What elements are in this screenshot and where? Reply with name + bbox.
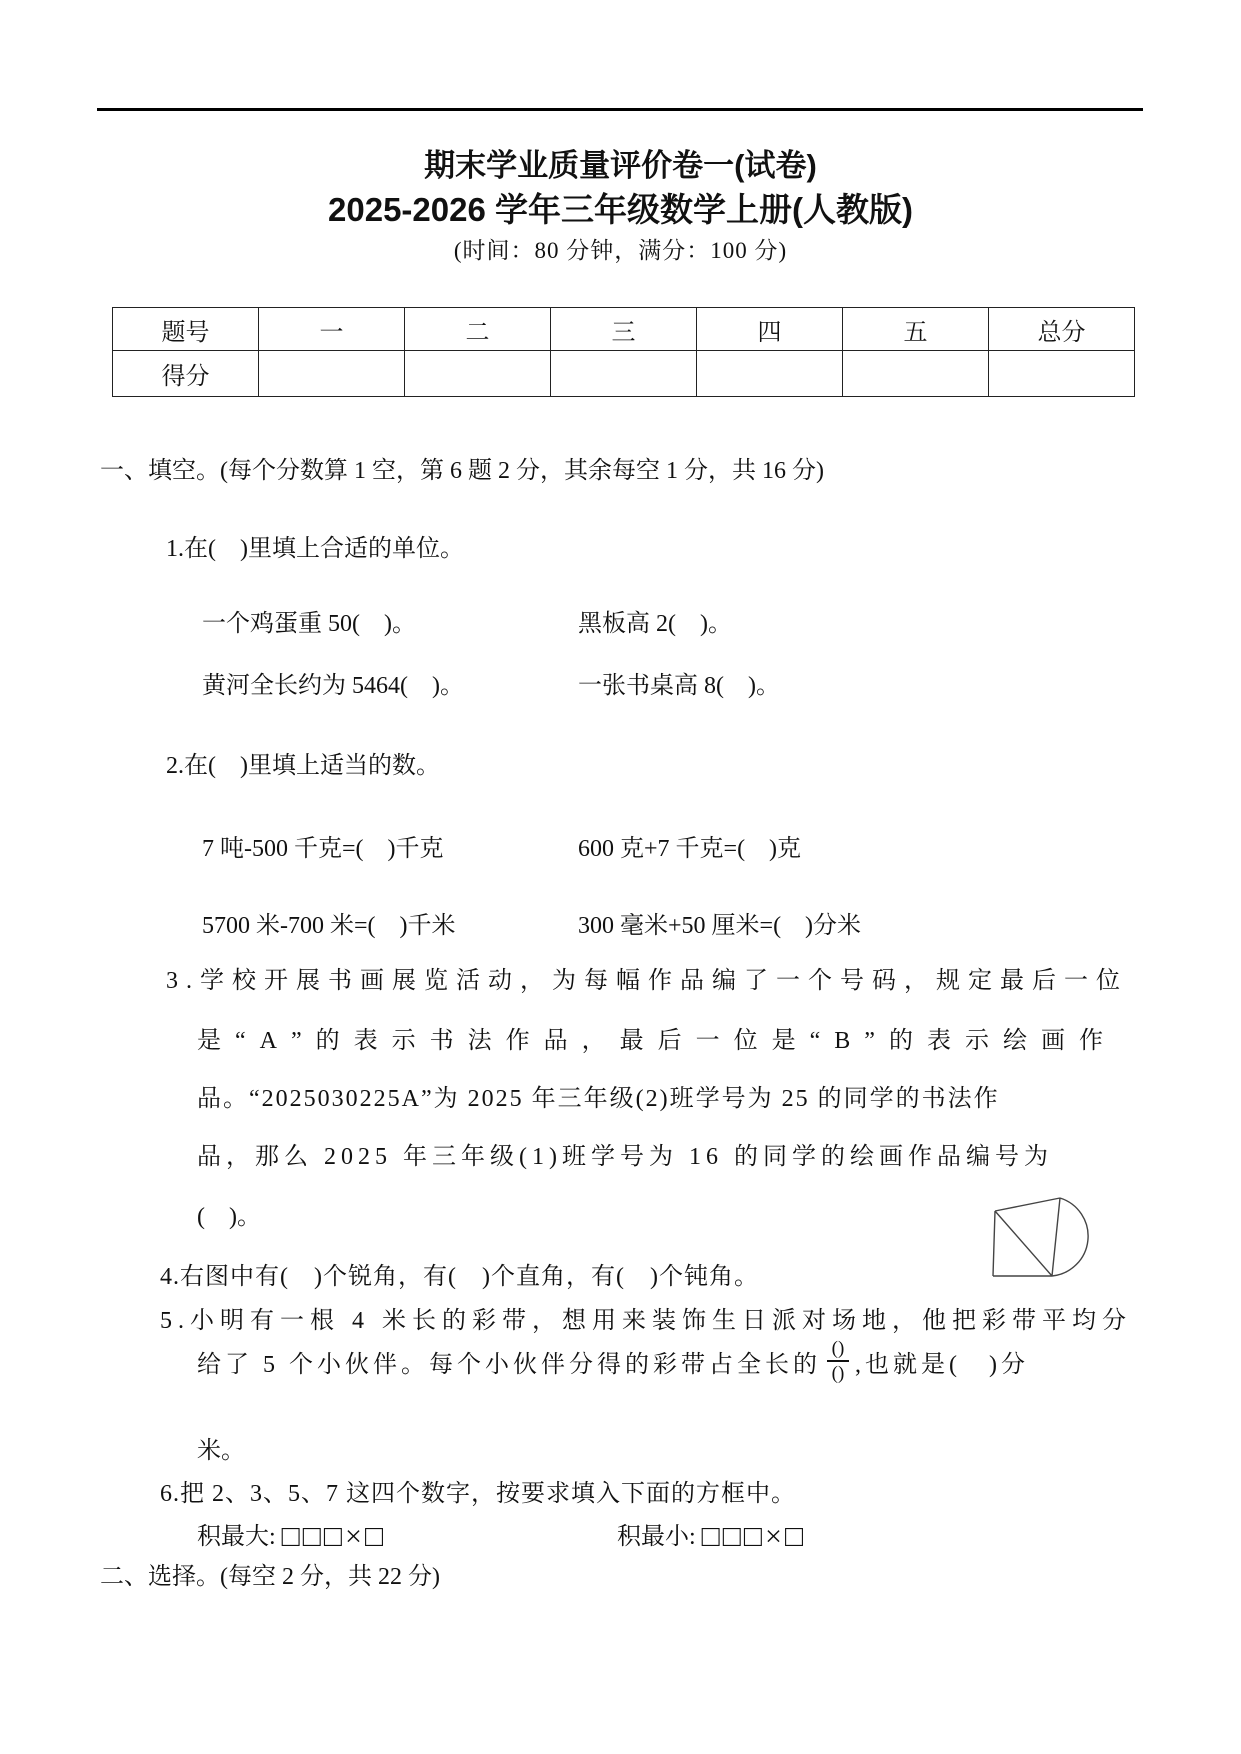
question1-item-b: 黑板高 2( )。 xyxy=(578,603,732,638)
score-cell-empty xyxy=(989,351,1135,397)
max-product-boxes: □□□×□ xyxy=(282,1520,386,1553)
angles-figure xyxy=(990,1194,1102,1290)
score-table-header-cell: 题号 xyxy=(113,308,259,351)
score-cell-empty xyxy=(697,351,843,397)
score-table-header-cell: 五 xyxy=(843,308,989,351)
question2-stem: 2.在( )里填上适当的数。 xyxy=(166,745,440,780)
score-cell-empty xyxy=(551,351,697,397)
max-product-label: 积最大: xyxy=(197,1524,276,1550)
question5-line2-before: 给了 5 个小伙伴。每个小伙伴分得的彩带占全长的 xyxy=(197,1344,821,1379)
min-product-label: 积最小: xyxy=(617,1524,696,1550)
question2-item-d: 300 毫米+50 厘米=( )分米 xyxy=(578,905,861,940)
question2-item-b: 600 克+7 千克=( )克 xyxy=(578,828,801,863)
question4-text: 4.右图中有( )个锐角，有( )个直角，有( )个钝角。 xyxy=(160,1256,759,1291)
question5-line3: 米。 xyxy=(197,1430,245,1465)
score-table-header-cell: 二 xyxy=(405,308,551,351)
score-cell-empty xyxy=(843,351,989,397)
score-cell-empty xyxy=(405,351,551,397)
question5-line2-after: ,也就是( )分 xyxy=(855,1344,1029,1379)
section1-heading: 一、填空。(每个分数算 1 空，第 6 题 2 分，其余每空 1 分，共 16 … xyxy=(100,450,824,485)
question3-line4: 品，那么 2025 年三年级(1)班学号为 16 的同学的绘画作品编号为 xyxy=(197,1136,1053,1171)
question5-line1: 5.小明有一根 4 米长的彩带，想用来装饰生日派对场地，他把彩带平均分 xyxy=(160,1300,1132,1335)
question1-stem: 1.在( )里填上合适的单位。 xyxy=(166,528,464,563)
question1-item-d: 一张书桌高 8( )。 xyxy=(578,665,780,700)
paper-title-line2: 2025-2026 学年三年级数学上册(人教版) xyxy=(0,184,1241,231)
question5-line2: 给了 5 个小伙伴。每个小伙伴分得的彩带占全长的 () () ,也就是( )分 xyxy=(197,1338,1029,1384)
paper-time-score-info: (时间：80 分钟，满分：100 分) xyxy=(0,232,1241,265)
top-rule xyxy=(97,108,1143,111)
min-product-boxes: □□□×□ xyxy=(702,1520,806,1553)
paper-title-line1: 期末学业质量评价卷一(试卷) xyxy=(0,140,1241,185)
question3-line5: ( )。 xyxy=(197,1196,261,1231)
score-cell-empty xyxy=(259,351,405,397)
question6-min-product: 积最小: □□□×□ xyxy=(617,1516,806,1554)
question6-max-product: 积最大: □□□×□ xyxy=(197,1516,386,1554)
fraction-blank: () () xyxy=(827,1338,849,1384)
question1-item-a: 一个鸡蛋重 50( )。 xyxy=(202,603,416,638)
score-table-score-row: 得分 xyxy=(113,351,1135,397)
score-table-header-cell: 一 xyxy=(259,308,405,351)
question2-item-c: 5700 米-700 米=( )千米 xyxy=(202,905,456,940)
fraction-denominator-blank: () xyxy=(830,1363,847,1384)
question3-line3: 品。“2025030225A”为 2025 年三年级(2)班学号为 25 的同学… xyxy=(197,1078,1000,1113)
score-row-label: 得分 xyxy=(113,351,259,397)
question3-line2: 是“A”的表示书法作品，最后一位是“B”的表示绘画作 xyxy=(197,1020,1117,1055)
score-table: 题号 一 二 三 四 五 总分 得分 xyxy=(112,307,1135,397)
exam-paper-page: 期末学业质量评价卷一(试卷) 2025-2026 学年三年级数学上册(人教版) … xyxy=(0,0,1241,1754)
section2-heading: 二、选择。(每空 2 分，共 22 分) xyxy=(100,1556,440,1591)
fraction-bar xyxy=(827,1360,849,1362)
question6-stem: 6.把 2、3、5、7 这四个数字，按要求填入下面的方框中。 xyxy=(160,1473,796,1508)
question1-item-c: 黄河全长约为 5464( )。 xyxy=(202,665,464,700)
question3-line1: 3.学校开展书画展览活动，为每幅作品编了一个号码，规定最后一位 xyxy=(166,960,1128,995)
question2-item-a: 7 吨-500 千克=( )千克 xyxy=(202,828,444,863)
fraction-numerator-blank: () xyxy=(830,1338,847,1359)
score-table-header-cell: 总分 xyxy=(989,308,1135,351)
score-table-header-row: 题号 一 二 三 四 五 总分 xyxy=(113,308,1135,351)
score-table-header-cell: 四 xyxy=(697,308,843,351)
score-table-header-cell: 三 xyxy=(551,308,697,351)
